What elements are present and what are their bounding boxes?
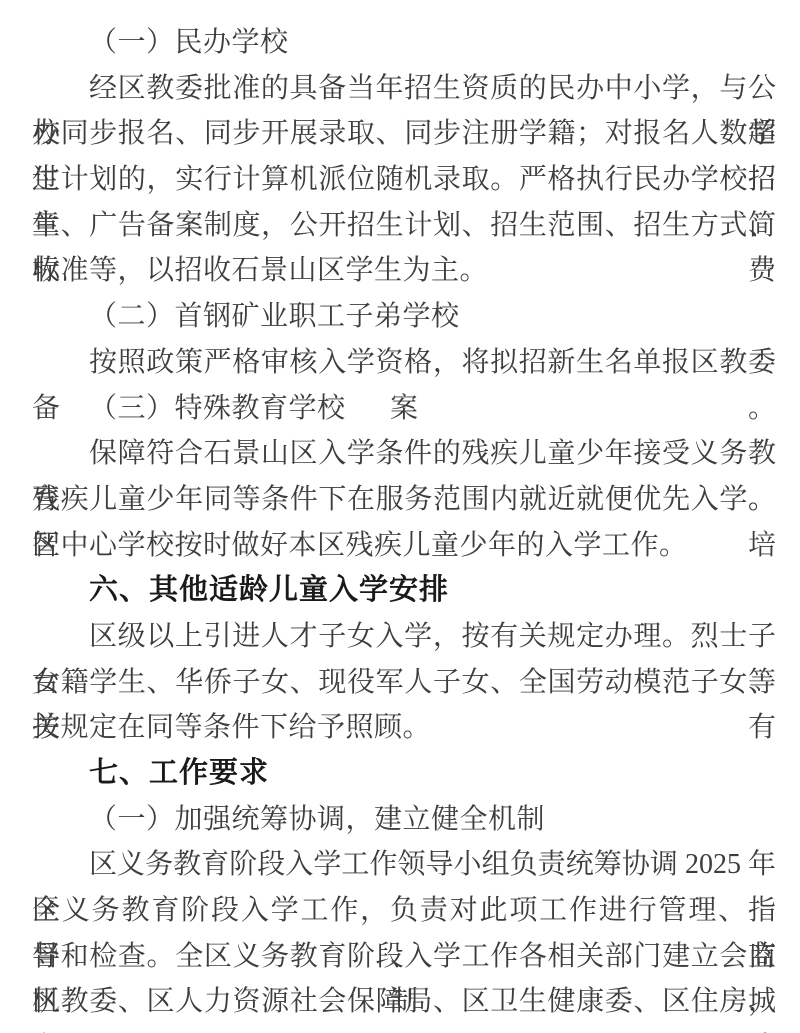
text-line: 区教委、区人力资源社会保障局、区卫生健康委、区住房城市建: [32, 979, 776, 1025]
text-line: 保障符合石景山区入学条件的残疾儿童少年接受义务教育。: [32, 431, 776, 477]
text-line: 按照政策严格审核入学资格，将拟招新生名单报区教委备案。: [32, 340, 776, 386]
text-line: 区义务教育阶段入学工作，负责对此项工作进行管理、指导、监: [32, 888, 776, 934]
text-line: 校同步报名、同步开展录取、同步注册学籍；对报名人数超过招: [32, 111, 776, 157]
text-line: 督和检查。全区义务教育阶段入学工作各相关部门建立会商机制，: [32, 934, 776, 980]
text-line: 智中心学校按时做好本区残疾儿童少年的入学工作。: [32, 523, 776, 569]
section-heading-line: 六、其他适龄儿童入学安排: [32, 568, 776, 614]
text-line: （一）民办学校: [32, 20, 776, 66]
text-line: （二）首钢矿业职工子弟学校: [32, 294, 776, 340]
section-heading-line: 七、工作要求: [32, 751, 776, 797]
document-body: （一）民办学校经区教委批准的具备当年招生资质的民办中小学，与公办学校同步报名、同…: [32, 20, 776, 1025]
document-page: （一）民办学校经区教委批准的具备当年招生资质的民办中小学，与公办学校同步报名、同…: [0, 0, 800, 1033]
text-line: 生计划的，实行计算机派位随机录取。严格执行民办学校招生简: [32, 157, 776, 203]
text-line: 区义务教育阶段入学工作领导小组负责统筹协调 2025 年全: [32, 842, 776, 888]
text-line: 章、广告备案制度，公开招生计划、招生范围、招生方式、收费: [32, 203, 776, 249]
text-line: 区级以上引进人才子女入学，按有关规定办理。烈士子女、: [32, 614, 776, 660]
text-line: 残疾儿童少年同等条件下在服务范围内就近就便优先入学。区培: [32, 477, 776, 523]
text-line: 台籍学生、华侨子女、现役军人子女、全国劳动模范子女等按有: [32, 660, 776, 706]
text-line: 经区教委批准的具备当年招生资质的民办中小学，与公办学: [32, 66, 776, 112]
text-line: （一）加强统筹协调，建立健全机制: [32, 797, 776, 843]
